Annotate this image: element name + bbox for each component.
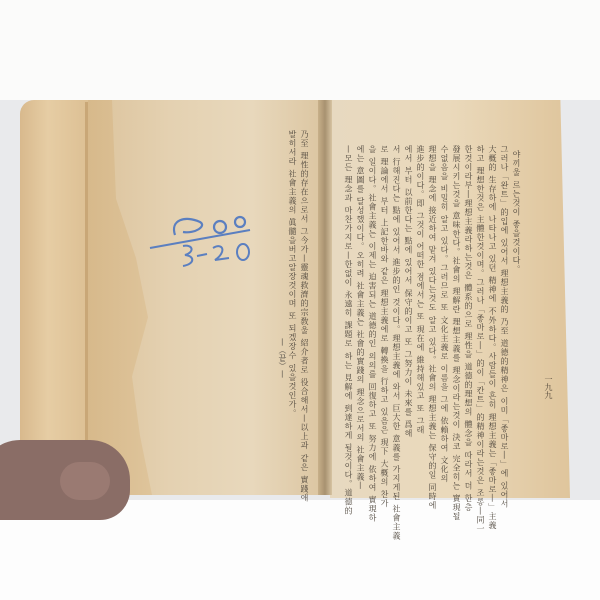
right-column-6: 發展시키는것을 意味한다。社會의 理解란 理想主義를 理念이라는것이 決코 完全… — [452, 145, 461, 521]
right-column-5: 한것이라부―理想主義라하는것은 體系的으로 理性을 道德的理想의 體念을 따라서… — [464, 145, 473, 512]
right-page — [330, 100, 570, 498]
left-column-1: 乃至 理性的存在으로서 그今가—靈魂救濟的宗敎울 紹介者로 役合해서—以上과 같… — [300, 130, 309, 502]
right-column-10: 에서 부터 以前한다는 點에 있어서 保守的이고 또 그努力이 未來를 爲해 — [404, 145, 413, 438]
book-cover — [20, 100, 90, 495]
left-column-2: 발히서라 社會主義의 眞髓을버고알장것이며 또 되겠장수 있을것인가。 — [288, 130, 297, 418]
right-column-7: 수없음을 비밀히 알고 있다。그러므로 또 文化主義로 이름을 그에 依賴하여 … — [440, 145, 449, 483]
background-top — [0, 0, 600, 100]
book-gutter — [318, 100, 332, 495]
page-number: 一九九 — [543, 375, 554, 399]
right-column-3: 大概的 生存하에 나타나고 있던 精神에 不外하다。사람들이 흔히 理想主義는「… — [488, 145, 497, 530]
right-column-9: 進步的이다。即 그것이 어떠한 점에서는 또 現在에 維持해있고 또 그래 — [416, 145, 425, 434]
right-column-2: 그러나「완트」的입에 있어서 理想主義的 乃至 道德的精神은 이미「좋마로―」에… — [500, 145, 509, 508]
right-column-14: 에는 意圖를 달성했이다。오히려 社會主義는 社會的實踐의 理念으로서의 社會主… — [356, 145, 365, 490]
end-mark: —（끝）— — [277, 338, 288, 378]
right-column-15: —모든 理念과 마찬가지로—한없이 永遠히 課題로 하는 見解에 到達하게 될것… — [344, 145, 353, 515]
right-column-4: 하고 理想한것은 主體한것이며。그러나「좋마로―」的이「칸트」的精神이라는것은 … — [476, 145, 485, 534]
right-column-11: 서 行해진다는 點에 있어서 進步的인 것이다。理想主義에 와서 巨大한 意義를… — [392, 145, 401, 540]
right-column-1: 야끼울 르는것이 좋을것이다。 — [512, 150, 521, 274]
right-column-12: 로 理論에서 부터 上記한바와 같은 理想主義에로 轉換을 行하고 있음은 現下… — [380, 145, 389, 508]
thumb — [60, 462, 110, 500]
handwritten-price-note — [145, 200, 265, 270]
right-column-8: 理想을 理念에 接近하여 맡겨 있다는것도 알고 있다。社會의 理想主義는 保守… — [428, 145, 437, 510]
right-column-13: 을 일이다。社會主義는 이제는 迫害되는 道德的인 의의를 回復하고 또 努力에… — [368, 145, 377, 522]
